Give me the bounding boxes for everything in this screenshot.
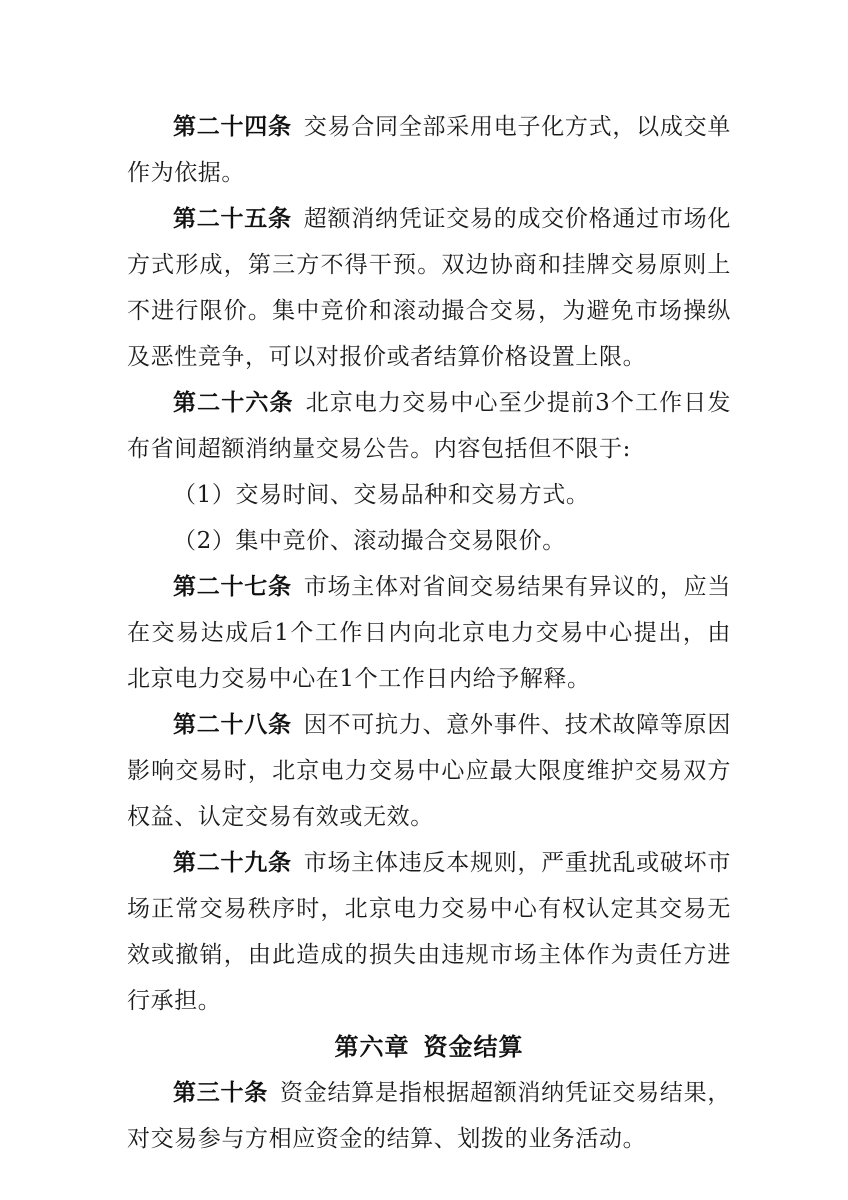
chapter-number: 第六章	[335, 1033, 410, 1061]
article-label: 第二十四条	[173, 113, 292, 140]
article-label: 第二十六条	[173, 389, 294, 416]
article-30: 第三十条资金结算是指根据超额消纳凭证交易结果，对交易参与方相应资金的结算、划拨的…	[127, 1070, 731, 1162]
chapter-heading: 第六章资金结算	[127, 1024, 731, 1070]
list-item: （1）交易时间、交易品种和交易方式。	[127, 472, 731, 518]
chapter-title: 资金结算	[424, 1033, 524, 1061]
article-label: 第二十五条	[173, 205, 292, 232]
article-26: 第二十六条北京电力交易中心至少提前3个工作日发布省间超额消纳量交易公告。内容包括…	[127, 380, 731, 472]
article-28: 第二十八条因不可抗力、意外事件、技术故障等原因影响交易时，北京电力交易中心应最大…	[127, 702, 731, 840]
article-24: 第二十四条交易合同全部采用电子化方式，以成交单作为依据。	[127, 104, 731, 196]
list-item: （2）集中竞价、滚动撮合交易限价。	[127, 518, 731, 564]
article-27: 第二十七条市场主体对省间交易结果有异议的，应当在交易达成后1个工作日内向北京电力…	[127, 564, 731, 702]
document-page: 第二十四条交易合同全部采用电子化方式，以成交单作为依据。 第二十五条超额消纳凭证…	[127, 104, 731, 1162]
article-label: 第二十七条	[173, 573, 292, 600]
article-25: 第二十五条超额消纳凭证交易的成交价格通过市场化方式形成，第三方不得干预。双边协商…	[127, 196, 731, 380]
article-label: 第二十八条	[173, 711, 292, 738]
article-29: 第二十九条市场主体违反本规则，严重扰乱或破坏市场正常交易秩序时，北京电力交易中心…	[127, 840, 731, 1024]
article-label: 第三十条	[173, 1079, 268, 1106]
article-label: 第二十九条	[173, 849, 292, 876]
